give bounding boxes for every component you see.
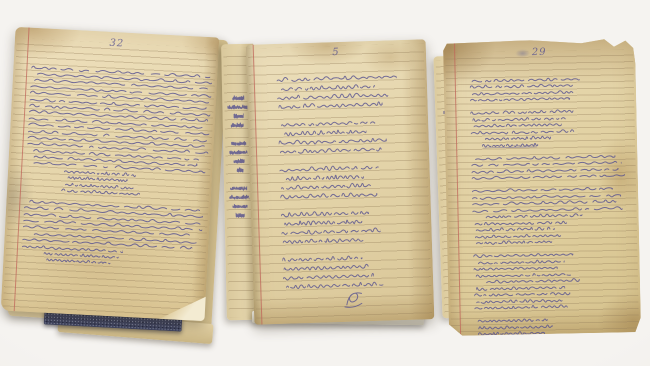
handwriting-stanza: [472, 173, 631, 202]
handwriting-stanza: [282, 241, 423, 281]
page-number: 29: [443, 45, 635, 60]
manuscript-page-left: 32: [1, 27, 220, 321]
handwriting-stanza: [470, 95, 629, 124]
page-number: 5: [246, 44, 426, 61]
handwriting-area: [469, 62, 633, 335]
handwriting-stanza: [279, 152, 420, 192]
manuscript-photo: 32 5 29: [0, 0, 650, 366]
red-margin-line: [454, 42, 461, 336]
manuscript-page-middle: 5: [246, 39, 435, 325]
handwriting-stroke: [237, 165, 243, 174]
handwriting-stroke: [235, 210, 244, 219]
handwriting-area: [19, 52, 213, 321]
handwriting-stanza: [276, 62, 417, 102]
red-margin-line: [253, 45, 263, 325]
handwriting-stanza: [472, 205, 631, 234]
handwriting-stanza: [474, 303, 633, 332]
page-number: 32: [15, 33, 219, 55]
handwriting-stroke: [231, 120, 244, 129]
handwriting-stanza: [471, 140, 630, 169]
handwriting-flourish: [283, 286, 423, 308]
handwriting-stanza: [473, 238, 632, 267]
handwriting-stanza: [278, 107, 419, 147]
handwriting-area: [276, 62, 424, 324]
handwriting-stanza: [474, 270, 633, 299]
manuscript-page-right: 29: [443, 38, 641, 336]
pen-flourish-icon: [340, 288, 367, 309]
handwriting-stanza: [281, 196, 422, 236]
handwriting-prose: [28, 52, 213, 151]
handwriting-stanza: [469, 62, 628, 91]
